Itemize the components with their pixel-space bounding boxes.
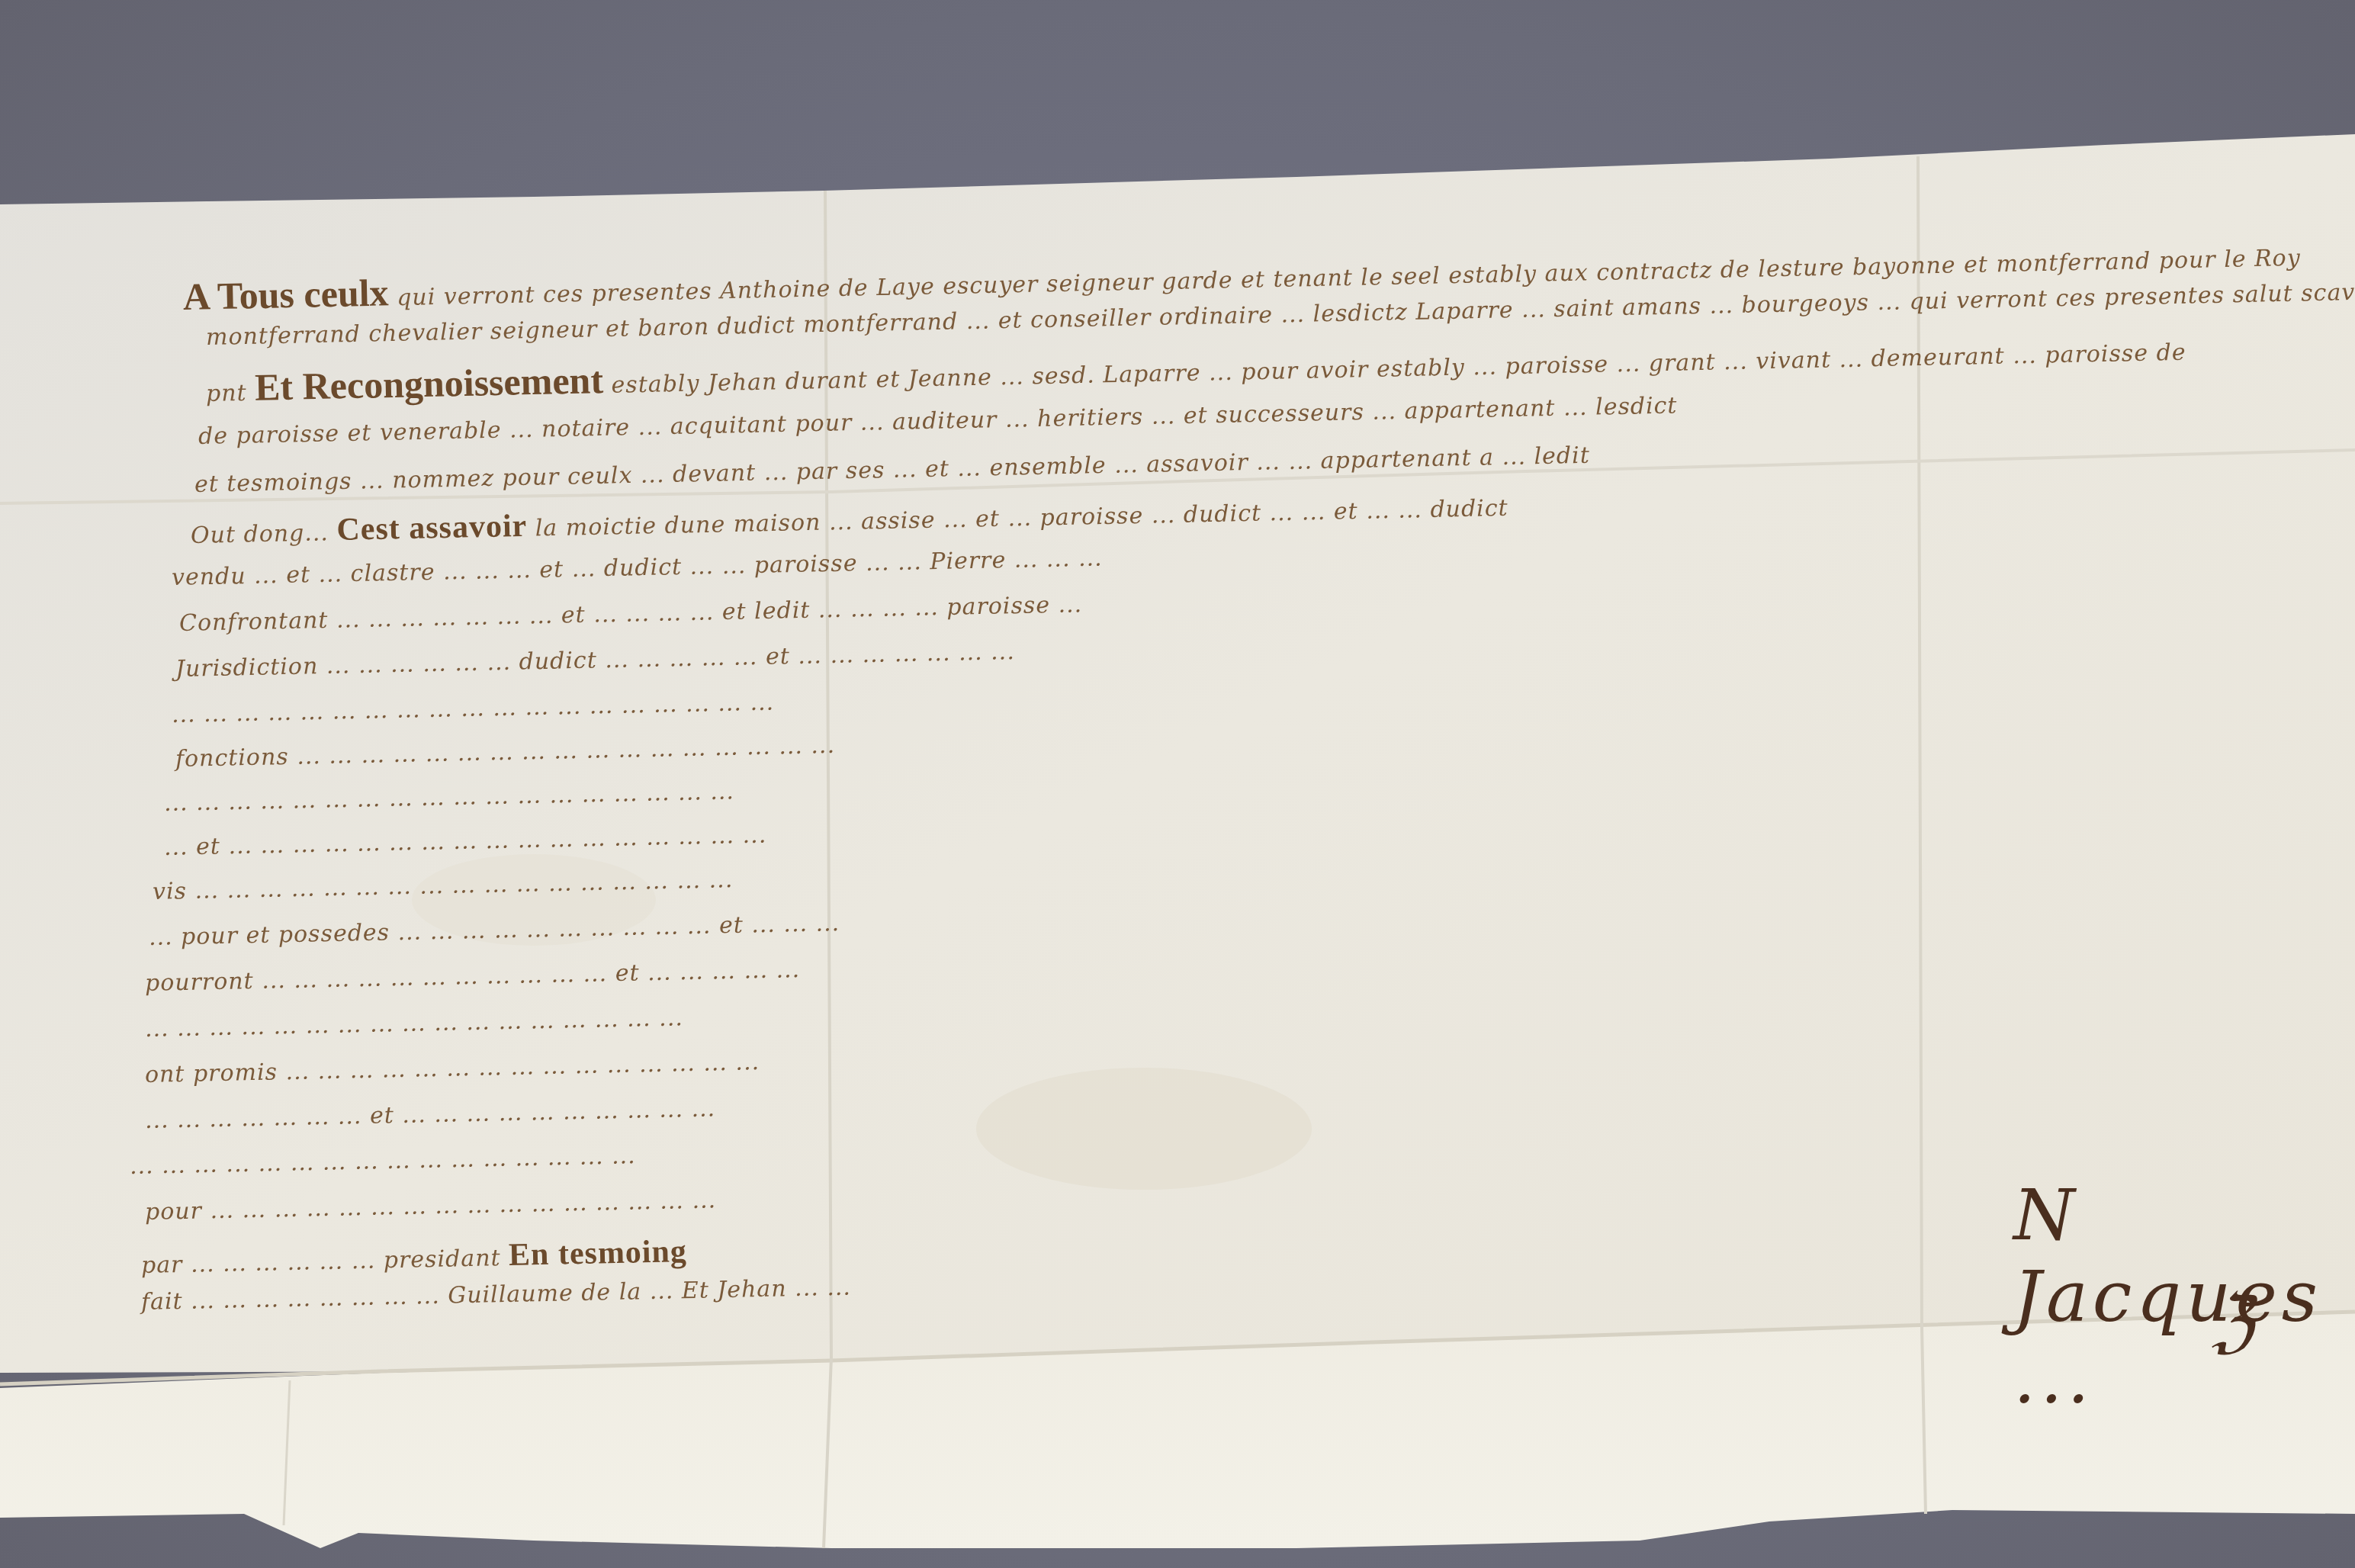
heading-cest-assavoir: Cest assavoir bbox=[336, 509, 528, 548]
text-line: vis ... ... ... ... ... ... ... ... ... … bbox=[153, 866, 734, 905]
text-line: pourront ... ... ... ... ... ... ... ...… bbox=[145, 956, 801, 997]
text-line: vendu ... et ... clastre ... ... ... et … bbox=[172, 545, 1103, 591]
text-line: pour ... ... ... ... ... ... ... ... ...… bbox=[145, 1187, 717, 1226]
text-line: par ... ... ... ... ... ... presidant En… bbox=[140, 1233, 687, 1281]
text-line: Jurisdiction ... ... ... ... ... ... dud… bbox=[175, 638, 1015, 683]
text-line: ... et ... ... ... ... ... ... ... ... .… bbox=[164, 821, 767, 861]
text-line: Out dong... Cest assavoir la moictie dun… bbox=[190, 487, 1508, 551]
incipit: A Tous ceulx bbox=[182, 271, 389, 318]
signature-paraph: ℨ bbox=[2212, 1281, 2254, 1361]
heading-recongnoissement: Et Recongnoissement bbox=[255, 358, 604, 409]
text-line: ... ... ... ... ... ... ... ... ... ... … bbox=[172, 689, 775, 728]
notary-signature: N Jacques ... bbox=[2013, 1174, 2355, 1419]
text-line: ... ... ... ... ... ... ... ... ... ... … bbox=[130, 1142, 636, 1180]
text-line: fonctions ... ... ... ... ... ... ... ..… bbox=[175, 732, 836, 773]
text-line: ... pour et possedes ... ... ... ... ...… bbox=[149, 910, 840, 951]
heading-en-tesmoing: En tesmoing bbox=[509, 1234, 688, 1273]
text-line: fait ... ... ... ... ... ... ... ... Gui… bbox=[141, 1274, 852, 1316]
charter-text: A Tous ceulx qui verront ces presentes A… bbox=[0, 0, 2355, 1568]
text-line: ... ... ... ... ... ... ... ... ... ... … bbox=[145, 1004, 684, 1043]
text-line: ont promis ... ... ... ... ... ... ... .… bbox=[145, 1049, 760, 1088]
text-line: ... ... ... ... ... ... ... et ... ... .… bbox=[145, 1095, 716, 1134]
text-line: Confrontant ... ... ... ... ... ... ... … bbox=[179, 591, 1083, 637]
text-line: ... ... ... ... ... ... ... ... ... ... … bbox=[164, 778, 735, 817]
